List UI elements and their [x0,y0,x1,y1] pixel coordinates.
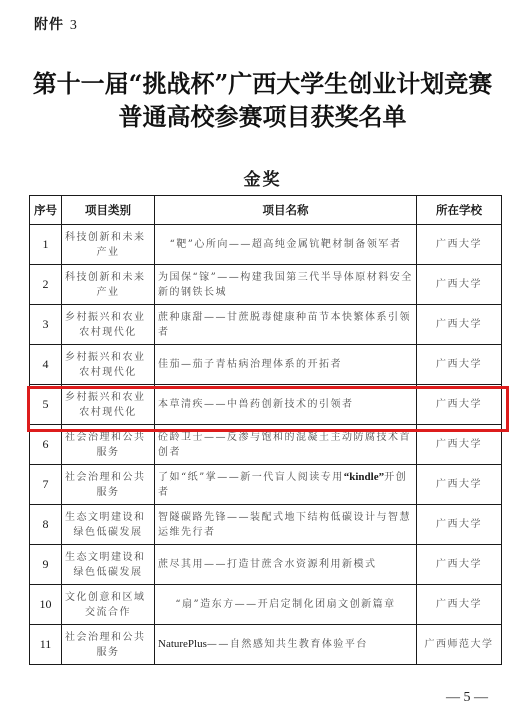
attachment-label: 附件 3 [34,14,78,34]
row-index: 5 [30,385,62,425]
row-index: 3 [30,305,62,345]
title-line-1: 第十一届“挑战杯”广西大学生创业计划竞赛 [0,67,525,100]
table-row: 9 生态文明建设和绿色低碳发展 蔗尽其用——打造甘蔗含水资源利用新模式 广西大学 [30,545,502,585]
row-category: 社会治理和公共服务 [62,465,155,505]
row-category: 科技创新和未来产业 [62,225,155,265]
row-project-name: 蔗尽其用——打造甘蔗含水资源利用新模式 [155,545,417,585]
project-name-part-2: ——自然感知共生教育体验平台 [207,639,368,650]
row-index: 7 [30,465,62,505]
table-row: 6 社会治理和公共服务 砼龄卫士——反渗与饱和的混凝土主动防腐技术首创者 广西大… [30,425,502,465]
row-index: 1 [30,225,62,265]
row-school: 广西大学 [417,505,502,545]
project-name-part-1: 了如“纸”掌——新一代盲人阅读专用 [158,472,344,483]
row-school: 广西大学 [417,425,502,465]
table-row: 10 文化创意和区域交流合作 “扇”造东方——开启定制化团扇文创新篇章 广西大学 [30,585,502,625]
category-line-2: 服务 [97,447,120,458]
row-category: 乡村振兴和农业农村现代化 [62,385,155,425]
row-index: 6 [30,425,62,465]
row-category: 乡村振兴和农业农村现代化 [62,345,155,385]
row-school: 广西大学 [417,385,502,425]
category-line-2: 服务 [97,647,120,658]
category-line-1: 乡村振兴和农业 [65,390,151,405]
row-index: 2 [30,265,62,305]
page-number: — 5 — [446,690,488,706]
category-line-1: 社会治理和公共 [65,630,151,645]
row-category: 文化创意和区域交流合作 [62,585,155,625]
column-header-category: 项目类别 [62,196,155,225]
table-row: 8 生态文明建设和绿色低碳发展 智隧碳路先锋——装配式地下结构低碳设计与智慧运维… [30,505,502,545]
row-category: 生态文明建设和绿色低碳发展 [62,505,155,545]
row-project-name: “扇”造东方——开启定制化团扇文创新篇章 [155,585,417,625]
row-project-name: 了如“纸”掌——新一代盲人阅读专用“kindle”开创者 [155,465,417,505]
category-line-2: 绿色低碳发展 [74,527,143,538]
row-school: 广西大学 [417,305,502,345]
project-name-latin: “kindle” [344,471,384,483]
category-line-2: 服务 [97,487,120,498]
row-index: 8 [30,505,62,545]
category-line-1: 科技创新和未来 [65,230,151,245]
attachment-text: 附件 [34,17,64,33]
category-line-2: 农村现代化 [79,407,137,418]
table-row: 11 社会治理和公共服务 NaturePlus——自然感知共生教育体验平台 广西… [30,625,502,665]
column-header-index: 序号 [30,196,62,225]
column-header-school: 所在学校 [417,196,502,225]
row-project-name: 砼龄卫士——反渗与饱和的混凝土主动防腐技术首创者 [155,425,417,465]
category-line-1: 社会治理和公共 [65,470,151,485]
row-school: 广西师范大学 [417,625,502,665]
row-school: 广西大学 [417,225,502,265]
awards-table: 序号 项目类别 项目名称 所在学校 1 科技创新和未来产业 “靶”心所向——超高… [29,195,502,665]
category-line-2: 产业 [97,287,120,298]
category-line-1: 乡村振兴和农业 [65,310,151,325]
row-index: 4 [30,345,62,385]
row-index: 11 [30,625,62,665]
table-row: 7 社会治理和公共服务 了如“纸”掌——新一代盲人阅读专用“kindle”开创者… [30,465,502,505]
table-row: 1 科技创新和未来产业 “靶”心所向——超高纯金属钪靶材制备领军者 广西大学 [30,225,502,265]
row-category: 科技创新和未来产业 [62,265,155,305]
category-line-2: 产业 [97,247,120,258]
row-category: 社会治理和公共服务 [62,625,155,665]
row-school: 广西大学 [417,465,502,505]
table-header-row: 序号 项目类别 项目名称 所在学校 [30,196,502,225]
row-school: 广西大学 [417,585,502,625]
document-title: 第十一届“挑战杯”广西大学生创业计划竞赛 普通高校参赛项目获奖名单 [0,67,525,133]
category-line-1: 乡村振兴和农业 [65,350,151,365]
attachment-number: 3 [70,18,78,33]
table-row-highlighted: 5 乡村振兴和农业农村现代化 本草清疾——中兽药创新技术的引领者 广西大学 [30,385,502,425]
row-school: 广西大学 [417,345,502,385]
row-project-name: “靶”心所向——超高纯金属钪靶材制备领军者 [155,225,417,265]
table-row: 3 乡村振兴和农业农村现代化 蔗种康甜——甘蔗脱毒健康种苗节本快繁体系引领者 广… [30,305,502,345]
row-index: 10 [30,585,62,625]
category-line-1: 科技创新和未来 [65,270,151,285]
award-level-heading: 金奖 [0,165,525,190]
project-name-latin: NaturePlus [158,638,207,650]
category-line-2: 农村现代化 [79,327,137,338]
row-project-name: 智隧碳路先锋——装配式地下结构低碳设计与智慧运维先行者 [155,505,417,545]
category-line-2: 农村现代化 [79,367,137,378]
category-line-1: 生态文明建设和 [65,550,151,565]
column-header-project-name: 项目名称 [155,196,417,225]
category-line-1: 社会治理和公共 [65,430,151,445]
row-category: 乡村振兴和农业农村现代化 [62,305,155,345]
table-row: 2 科技创新和未来产业 为国保“镓”——构建我国第三代半导体原材料安全新的钢铁长… [30,265,502,305]
title-line-2: 普通高校参赛项目获奖名单 [0,100,525,133]
category-line-1: 文化创意和区域 [65,590,151,605]
row-index: 9 [30,545,62,585]
table-row: 4 乡村振兴和农业农村现代化 佳茄—茄子青枯病治理体系的开拓者 广西大学 [30,345,502,385]
row-category: 生态文明建设和绿色低碳发展 [62,545,155,585]
row-project-name: NaturePlus——自然感知共生教育体验平台 [155,625,417,665]
row-school: 广西大学 [417,265,502,305]
row-school: 广西大学 [417,545,502,585]
row-project-name: 佳茄—茄子青枯病治理体系的开拓者 [155,345,417,385]
row-project-name: 本草清疾——中兽药创新技术的引领者 [155,385,417,425]
row-category: 社会治理和公共服务 [62,425,155,465]
category-line-1: 生态文明建设和 [65,510,151,525]
category-line-2: 绿色低碳发展 [74,567,143,578]
category-line-2: 交流合作 [85,607,131,618]
row-project-name: 为国保“镓”——构建我国第三代半导体原材料安全新的钢铁长城 [155,265,417,305]
row-project-name: 蔗种康甜——甘蔗脱毒健康种苗节本快繁体系引领者 [155,305,417,345]
